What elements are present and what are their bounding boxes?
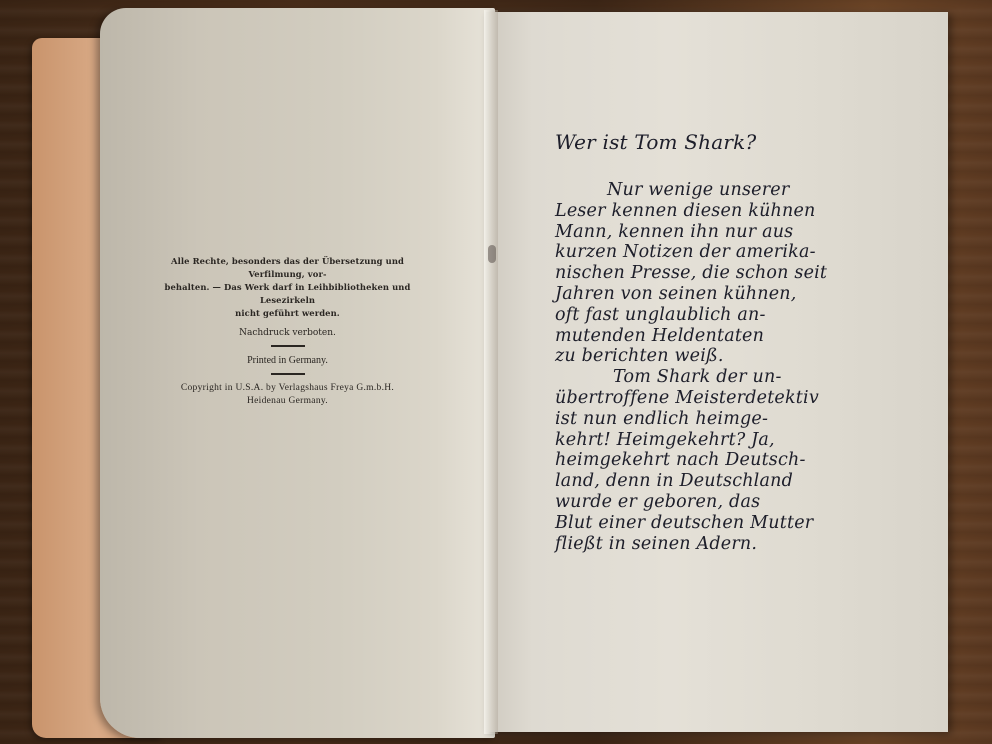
handwritten-line: mutenden Heldentaten [555,326,875,347]
handwritten-line: Nur wenige unserer [555,180,875,201]
handwritten-line: Tom Shark der un- [555,367,875,388]
imprint-block: Alle Rechte, besonders das der Übersetzu… [150,255,425,408]
printed-in-notice: Printed in Germany. [150,354,425,368]
handwritten-line: land, denn in Deutschland [555,471,875,492]
copyright-notice: Copyright in U.S.A. by Verlagshaus Freya… [150,382,425,408]
handwritten-line: zu berichten weiß. [555,346,875,367]
copyright-line: Copyright in U.S.A. by Verlagshaus Freya… [150,382,425,395]
handwritten-line: übertroffene Meisterdetektiv [555,388,875,409]
handwritten-title: Wer ist Tom Shark? [555,130,875,154]
divider-rule [271,373,305,375]
handwritten-line: Jahren von seinen kühnen, [555,284,875,305]
handwritten-line: Leser kennen diesen kühnen [555,201,875,222]
handwritten-line: fließt in seinen Adern. [555,534,875,555]
handwritten-text: Wer ist Tom Shark? Nur wenige unserer Le… [555,130,875,554]
handwritten-line: ist nun endlich heimge- [555,409,875,430]
handwritten-line: heimgekehrt nach Deutsch- [555,450,875,471]
handwritten-line: kurzen Notizen der amerika- [555,242,875,263]
divider-rule [271,345,305,347]
rights-line: nicht geführt werden. [150,307,425,320]
copyright-line: Heidenau Germany. [150,395,425,408]
book-gutter [484,10,498,734]
rights-line: behalten. — Das Werk darf in Leihbibliot… [150,281,425,307]
handwritten-line: nischen Presse, die schon seit [555,263,875,284]
handwritten-line: kehrt! Heimgekehrt? Ja, [555,430,875,451]
rights-line: Alle Rechte, besonders das der Übersetzu… [150,255,425,281]
handwritten-line: Blut einer deutschen Mutter [555,513,875,534]
binding-mark [488,245,496,263]
handwritten-line: Mann, kennen ihn nur aus [555,222,875,243]
rights-notice: Alle Rechte, besonders das der Übersetzu… [150,255,425,320]
handwritten-line: oft fast unglaublich an- [555,305,875,326]
handwritten-line: wurde er geboren, das [555,492,875,513]
reprint-notice: Nachdruck verboten. [150,326,425,340]
